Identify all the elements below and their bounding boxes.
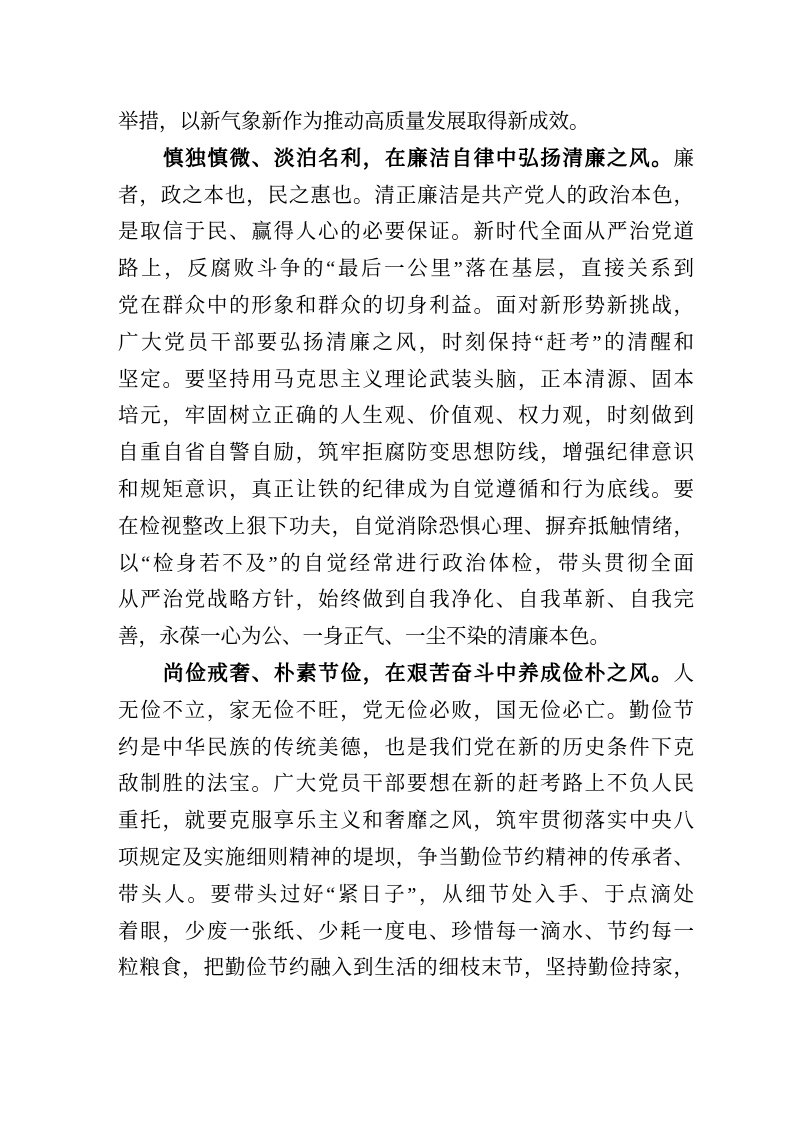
paragraph-text: 举措，以新气象新作为推动高质量发展取得新成效。 [118,111,590,133]
paragraph-text: 以“检身若不及”的自觉经常进行政治体检，带头贯彻全面 [118,553,694,575]
text-line: 慎独慎微、淡泊名利，在廉洁自律中弘扬清廉之风。廉 [118,141,694,178]
text-line: 党在群众中的形象和群众的切身利益。面对新形势新挑战， [118,288,694,325]
paragraph-text: 从严治党战略方针，始终做到自我净化、自我革新、自我完 [118,589,694,611]
text-line: 善，永葆一心为公、一身正气、一尘不染的清廉本色。 [118,619,694,656]
paragraph-text: 是取信于民、赢得人心的必要保证。新时代全面从严治党道 [118,221,694,243]
paragraph-text: 粒粮食，把勤俭节约融入到生活的细枝末节，坚持勤俭持家， [118,957,694,979]
paragraph-text: 者，政之本也，民之惠也。清正廉洁是共产党人的政治本色， [118,185,694,207]
text-line: 在检视整改上狠下功夫，自觉消除恐惧心理、摒弃抵触情绪， [118,509,694,546]
paragraph-text: 带头人。要带头过好“紧日子”，从细节处入手、于点滴处 [118,884,694,906]
paragraph-text: 敌制胜的法宝。广大党员干部要想在新的赶考路上不负人民 [118,773,694,795]
text-line: 重托，就要克服享乐主义和奢靡之风，筑牢贯彻落实中央八 [118,803,694,840]
text-block: 举措，以新气象新作为推动高质量发展取得新成效。慎独慎微、淡泊名利，在廉洁自律中弘… [118,104,694,987]
text-line: 路上，反腐败斗争的“最后一公里”落在基层，直接关系到 [118,251,694,288]
text-line: 广大党员干部要弘扬清廉之风，时刻保持“赶考”的清醒和 [118,325,694,362]
text-line: 着眼，少废一张纸、少耗一度电、珍惜每一滴水、节约每一 [118,914,694,951]
paragraph-text: 培元，牢固树立正确的人生观、价值观、权力观，时刻做到 [118,405,694,427]
text-line: 以“检身若不及”的自觉经常进行政治体检，带头贯彻全面 [118,546,694,583]
text-line: 约是中华民族的传统美德，也是我们党在新的历史条件下克 [118,730,694,767]
paragraph-text: 坚定。要坚持用马克思主义理论武装头脑，正本清源、固本 [118,369,694,391]
text-line: 举措，以新气象新作为推动高质量发展取得新成效。 [118,104,694,141]
text-line: 坚定。要坚持用马克思主义理论武装头脑，正本清源、固本 [118,362,694,399]
paragraph-text: 自重自省自警自励，筑牢拒腐防变思想防线，增强纪律意识 [118,442,694,464]
text-line: 尚俭戒奢、朴素节俭，在艰苦奋斗中养成俭朴之风。人 [118,656,694,693]
paragraph-text: 约是中华民族的传统美德，也是我们党在新的历史条件下克 [118,737,694,759]
paragraph-text: 人 [674,663,695,685]
paragraph-text: 善，永葆一心为公、一身正气、一尘不染的清廉本色。 [118,626,610,648]
paragraph-text: 着眼，少废一张纸、少耗一度电、珍惜每一滴水、节约每一 [118,921,694,943]
text-line: 敌制胜的法宝。广大党员干部要想在新的赶考路上不负人民 [118,766,694,803]
text-line: 是取信于民、赢得人心的必要保证。新时代全面从严治党道 [118,214,694,251]
paragraph-text: 党在群众中的形象和群众的切身利益。面对新形势新挑战， [118,295,694,317]
paragraph-lead-bold-text: 尚俭戒奢、朴素节俭，在艰苦奋斗中养成俭朴之风。 [163,662,674,685]
paragraph-text: 路上，反腐败斗争的“最后一公里”落在基层，直接关系到 [118,258,694,280]
text-line: 从严治党战略方针，始终做到自我净化、自我革新、自我完 [118,582,694,619]
paragraph-text: 和规矩意识，真正让铁的纪律成为自觉遵循和行为底线。要 [118,479,694,501]
text-line: 项规定及实施细则精神的堤坝，争当勤俭节约精神的传承者、 [118,840,694,877]
paragraph-text: 广大党员干部要弘扬清廉之风，时刻保持“赶考”的清醒和 [118,332,694,354]
text-line: 者，政之本也，民之惠也。清正廉洁是共产党人的政治本色， [118,178,694,215]
document-page: 举措，以新气象新作为推动高质量发展取得新成效。慎独慎微、淡泊名利，在廉洁自律中弘… [0,0,793,1122]
text-line: 自重自省自警自励，筑牢拒腐防变思想防线，增强纪律意识 [118,435,694,472]
paragraph-text: 项规定及实施细则精神的堤坝，争当勤俭节约精神的传承者、 [118,847,694,869]
paragraph-text: 在检视整改上狠下功夫，自觉消除恐惧心理、摒弃抵触情绪， [118,516,694,538]
paragraph-text: 重托，就要克服享乐主义和奢靡之风，筑牢贯彻落实中央八 [118,810,694,832]
text-line: 无俭不立，家无俭不旺，党无俭必败，国无俭必亡。勤俭节 [118,693,694,730]
text-line: 粒粮食，把勤俭节约融入到生活的细枝末节，坚持勤俭持家， [118,950,694,987]
paragraph-lead-bold-text: 慎独慎微、淡泊名利，在廉洁自律中弘扬清廉之风。 [163,147,674,170]
text-line: 带头人。要带头过好“紧日子”，从细节处入手、于点滴处 [118,877,694,914]
paragraph-text: 廉 [674,148,695,170]
paragraph-text: 无俭不立，家无俭不旺，党无俭必败，国无俭必亡。勤俭节 [118,700,694,722]
text-line: 和规矩意识，真正让铁的纪律成为自觉遵循和行为底线。要 [118,472,694,509]
text-line: 培元，牢固树立正确的人生观、价值观、权力观，时刻做到 [118,398,694,435]
